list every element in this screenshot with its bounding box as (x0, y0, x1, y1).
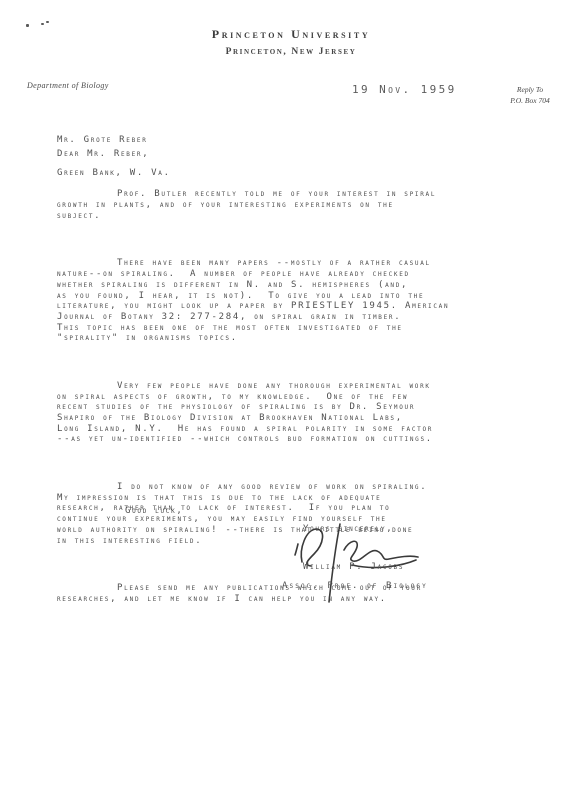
scan-speck (46, 21, 49, 23)
university-location: Princeton, New Jersey (0, 47, 582, 57)
farewell: Good luck, (125, 506, 184, 517)
department-label: Department of Biology (27, 81, 109, 90)
reply-to-label: Reply To (488, 85, 572, 96)
date-line: 19 Nov. 1959 (352, 83, 457, 96)
salutation: Dear Mr. Reber, (57, 149, 149, 160)
scan-speck (41, 23, 44, 25)
university-name: Princeton University (0, 27, 582, 42)
reply-to-box: P.O. Box 704 (488, 96, 572, 107)
paragraph-2: There have been many papers --mostly of … (57, 258, 557, 344)
recipient-name: Mr. Grote Reber (57, 135, 171, 146)
letter-page: Princeton University Princeton, New Jers… (0, 0, 582, 800)
reply-to-block: Reply To P.O. Box 704 (488, 85, 572, 106)
signer-title: Assoc. Prof. of Biology (282, 581, 428, 592)
paragraph-1: Prof. Butler recently told me of your in… (57, 189, 557, 221)
paragraph-3: Very few people have done any thorough e… (57, 381, 557, 445)
signer-name: William P. Jacobs (303, 562, 404, 573)
